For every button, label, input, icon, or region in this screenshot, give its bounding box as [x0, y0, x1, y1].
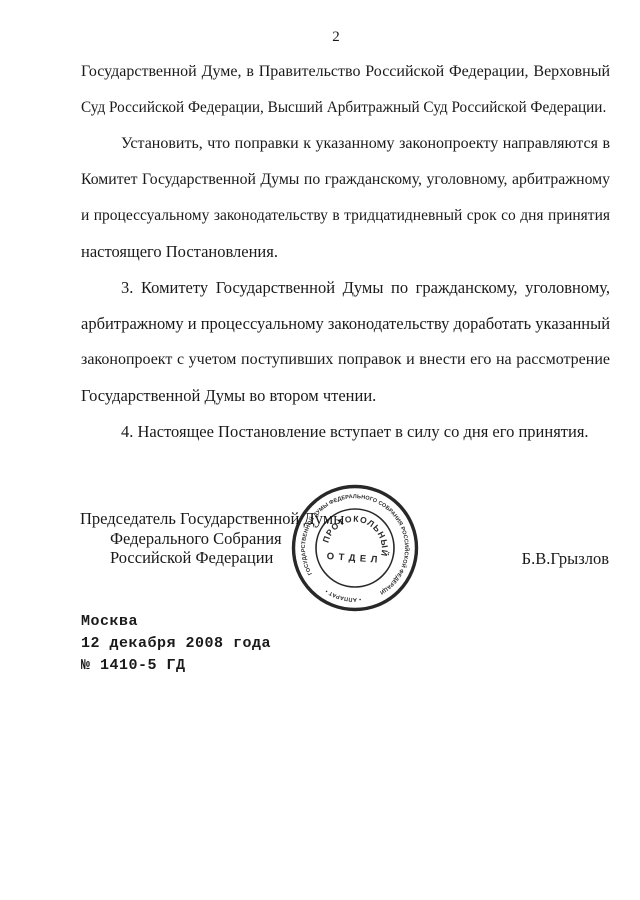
svg-text:ГОСУДАРСТВЕННОЙ ДУМЫ ФЕДЕРАЛЬН: ГОСУДАРСТВЕННОЙ ДУМЫ ФЕДЕРАЛЬНОГО СОБРАН…	[288, 481, 422, 600]
body-line: настоящего Постановления.	[81, 234, 610, 270]
footer-city: Москва	[81, 611, 271, 633]
stamp-outer-ring	[294, 487, 417, 610]
footer-date: 12 декабря 2008 года	[81, 633, 271, 655]
stamp-ring-text: ГОСУДАРСТВЕННОЙ ДУМЫ ФЕДЕРАЛЬНОГО СОБРАН…	[288, 481, 422, 600]
body-line: Государственной Думы во втором чтении.	[81, 378, 610, 414]
footer-number: № 1410-5 ГД	[81, 655, 271, 677]
signature-name: Б.В.Грызлов	[522, 549, 609, 569]
document-page: 2 Государственной Думе, в Правительство …	[0, 0, 640, 900]
stamp-center-text: ОТДЕЛ	[326, 551, 382, 566]
body-line: Установить, что поправки к указанному за…	[81, 126, 610, 162]
footer-block: Москва 12 декабря 2008 года № 1410-5 ГД	[81, 611, 271, 677]
page-number: 2	[32, 29, 640, 46]
protocol-department-stamp: ГОСУДАРСТВЕННОЙ ДУМЫ ФЕДЕРАЛЬНОГО СОБРАН…	[288, 481, 422, 615]
body-line: арбитражному и процессуальному законодат…	[81, 306, 610, 342]
body-line: законопроект с учетом поступивших поправ…	[81, 342, 610, 378]
body-line: 4. Настоящее Постановление вступает в си…	[81, 414, 610, 450]
round-seal-icon: ГОСУДАРСТВЕННОЙ ДУМЫ ФЕДЕРАЛЬНОГО СОБРАН…	[288, 481, 422, 615]
body-line: Суд Российской Федерации, Высший Арбитра…	[81, 90, 610, 126]
document-body: Государственной Думе, в Правительство Ро…	[81, 54, 610, 450]
body-line: Государственной Думе, в Правительство Ро…	[81, 54, 610, 90]
body-line: и процессуальному законодательству в три…	[81, 198, 610, 234]
body-line: Комитет Государственной Думы по гражданс…	[81, 162, 610, 198]
body-line: 3. Комитету Государственной Думы по граж…	[81, 270, 610, 306]
